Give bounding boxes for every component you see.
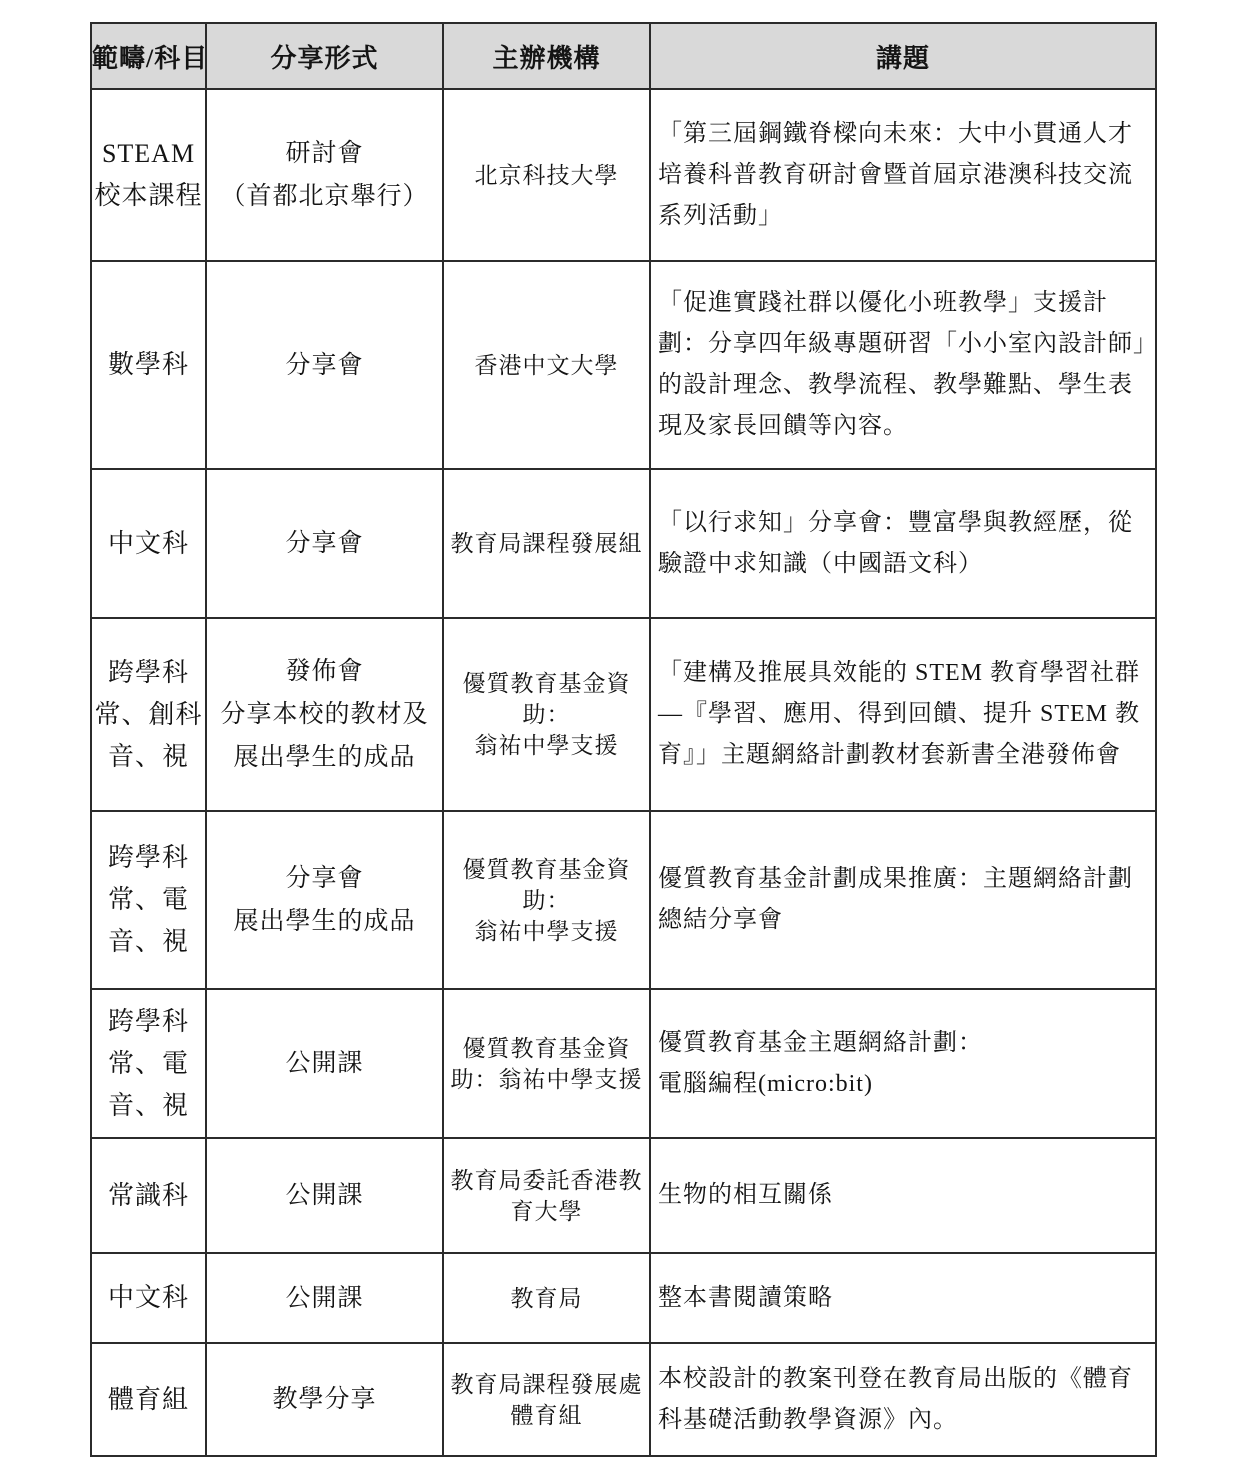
header-row: 範疇/科目 分享形式 主辦機構 講題 [91, 23, 1156, 89]
table-row: 數學科 分享會 香港中文大學 「促進實踐社群以優化小班教學」支援計劃：分享四年級… [91, 261, 1156, 469]
table-row: 跨學科 常、電 音、視 分享會 展出學生的成品 優質教育基金資助： 翁祐中學支援… [91, 811, 1156, 989]
cell-organizer: 香港中文大學 [443, 261, 650, 469]
cell-category: 常識科 [91, 1138, 206, 1253]
cell-format: 發佈會 分享本校的教材及展出學生的成品 [206, 618, 443, 811]
cell-category: 跨學科 常、電 音、視 [91, 811, 206, 989]
cell-format: 分享會 展出學生的成品 [206, 811, 443, 989]
table-row: 常識科 公開課 教育局委託香港教育大學 生物的相互關係 [91, 1138, 1156, 1253]
cell-organizer: 北京科技大學 [443, 89, 650, 261]
cell-format: 分享會 [206, 469, 443, 618]
cell-category: 跨學科 常、創科 音、視 [91, 618, 206, 811]
table-row: 中文科 公開課 教育局 整本書閱讀策略 [91, 1253, 1156, 1343]
table-row: 中文科 分享會 教育局課程發展組 「以行求知」分享會：豐富學與教經歷，從驗證中求… [91, 469, 1156, 618]
cell-category: 數學科 [91, 261, 206, 469]
cell-topic: 「建構及推展具效能的 STEM 教育學習社群—『學習、應用、得到回饋、提升 ST… [650, 618, 1156, 811]
cell-topic: 優質教育基金主題網絡計劃： 電腦編程(micro:bit) [650, 989, 1156, 1138]
cell-format: 研討會 （首都北京舉行） [206, 89, 443, 261]
table-row: STEAM 校本課程 研討會 （首都北京舉行） 北京科技大學 「第三屆鋼鐵脊樑向… [91, 89, 1156, 261]
cell-format: 公開課 [206, 1138, 443, 1253]
cell-topic: 「促進實踐社群以優化小班教學」支援計劃：分享四年級專題研習「小小室內設計師」的設… [650, 261, 1156, 469]
cell-organizer: 優質教育基金資助： 翁祐中學支援 [443, 811, 650, 989]
cell-category: 體育組 [91, 1343, 206, 1456]
table-row: 跨學科 常、電 音、視 公開課 優質教育基金資助：翁祐中學支援 優質教育基金主題… [91, 989, 1156, 1138]
cell-topic: 本校設計的教案刊登在教育局出版的《體育科基礎活動教學資源》內。 [650, 1343, 1156, 1456]
cell-category: STEAM 校本課程 [91, 89, 206, 261]
cell-organizer: 教育局委託香港教育大學 [443, 1138, 650, 1253]
cell-organizer: 優質教育基金資助：翁祐中學支援 [443, 989, 650, 1138]
col-header-format: 分享形式 [206, 23, 443, 89]
table-row: 體育組 教學分享 教育局課程發展處體育組 本校設計的教案刊登在教育局出版的《體育… [91, 1343, 1156, 1456]
cell-organizer: 教育局 [443, 1253, 650, 1343]
cell-topic: 「以行求知」分享會：豐富學與教經歷，從驗證中求知識（中國語文科） [650, 469, 1156, 618]
cell-format: 分享會 [206, 261, 443, 469]
cell-topic: 生物的相互關係 [650, 1138, 1156, 1253]
cell-category: 中文科 [91, 469, 206, 618]
col-header-organizer: 主辦機構 [443, 23, 650, 89]
cell-organizer: 優質教育基金資助： 翁祐中學支援 [443, 618, 650, 811]
cell-format: 公開課 [206, 1253, 443, 1343]
sharing-activities-table: 範疇/科目 分享形式 主辦機構 講題 STEAM 校本課程 研討會 （首都北京舉… [90, 22, 1157, 1457]
cell-category: 中文科 [91, 1253, 206, 1343]
cell-category: 跨學科 常、電 音、視 [91, 989, 206, 1138]
cell-topic: 「第三屆鋼鐵脊樑向未來：大中小貫通人才培養科普教育研討會暨首屆京港澳科技交流系列… [650, 89, 1156, 261]
cell-format: 教學分享 [206, 1343, 443, 1456]
cell-organizer: 教育局課程發展處體育組 [443, 1343, 650, 1456]
cell-topic: 優質教育基金計劃成果推廣：主題網絡計劃總結分享會 [650, 811, 1156, 989]
cell-topic: 整本書閱讀策略 [650, 1253, 1156, 1343]
col-header-category: 範疇/科目 [91, 23, 206, 89]
cell-format: 公開課 [206, 989, 443, 1138]
col-header-topic: 講題 [650, 23, 1156, 89]
table-row: 跨學科 常、創科 音、視 發佈會 分享本校的教材及展出學生的成品 優質教育基金資… [91, 618, 1156, 811]
cell-organizer: 教育局課程發展組 [443, 469, 650, 618]
